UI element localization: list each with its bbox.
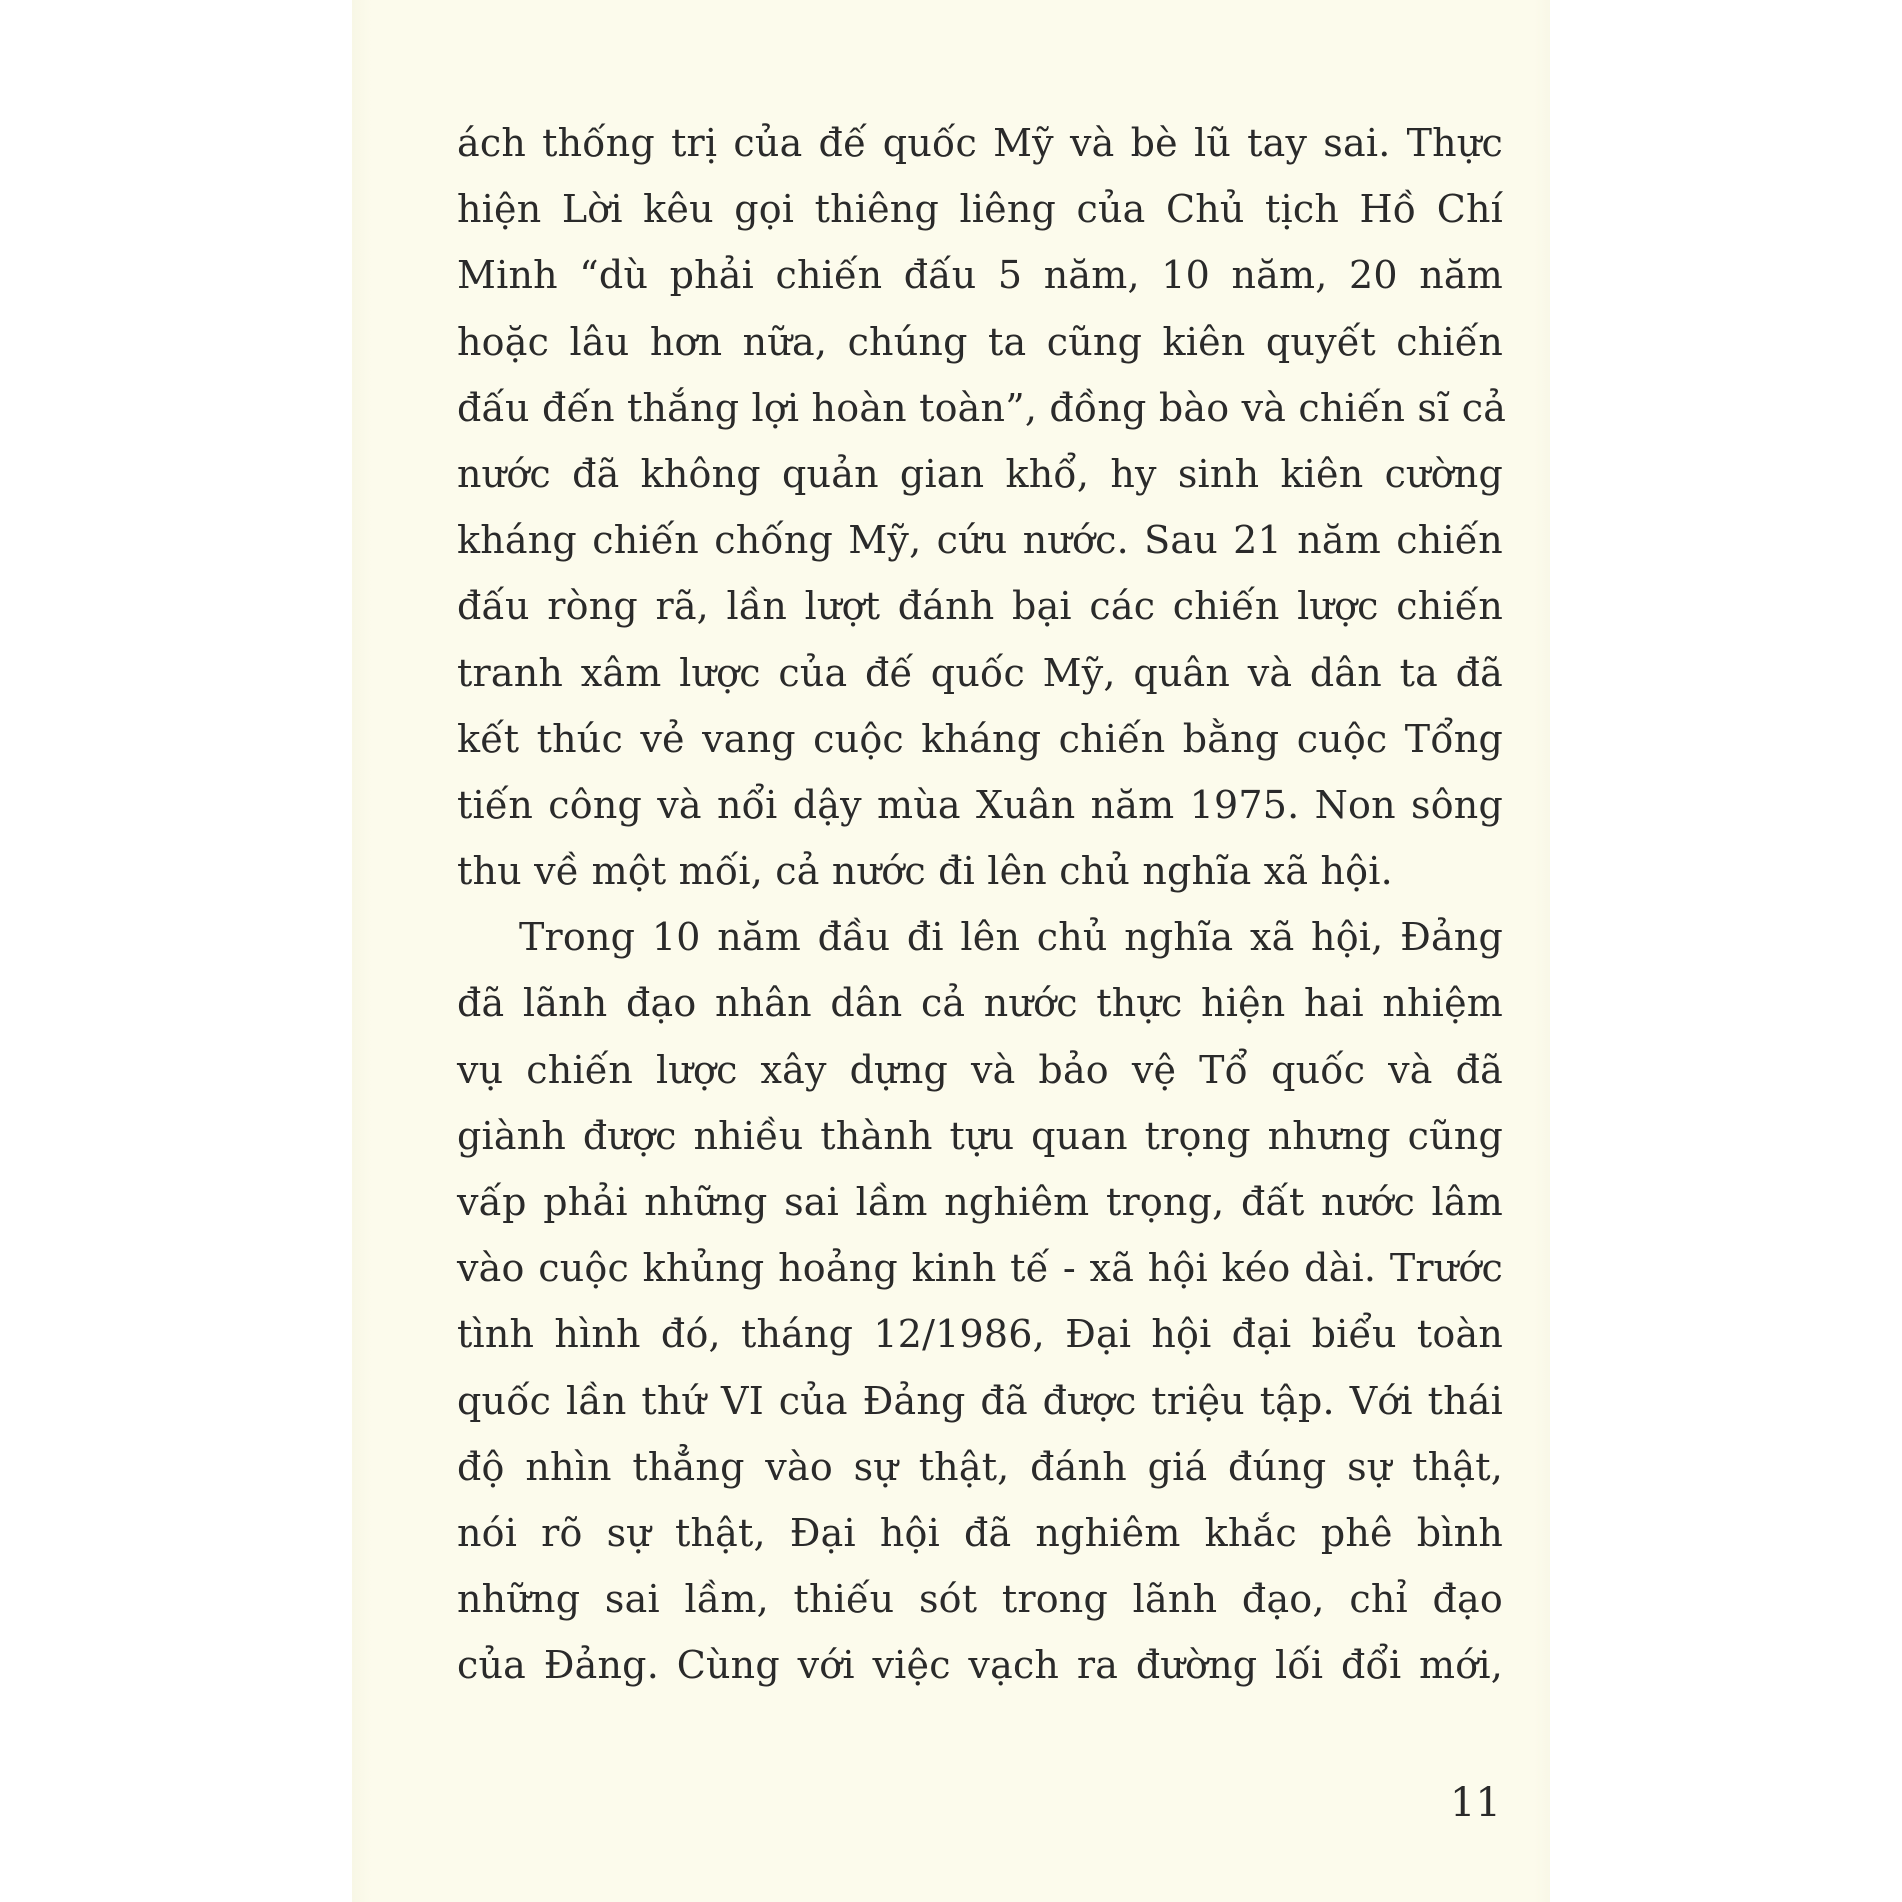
text-line: của Đảng. Cùng với việc vạch ra đường lố… xyxy=(457,1632,1503,1698)
text-line: tranh xâm lược của đế quốc Mỹ, quân và d… xyxy=(457,640,1503,706)
text-line: đấu ròng rã, lần lượt đánh bại các chiến… xyxy=(457,573,1503,639)
text-line: hiện Lời kêu gọi thiêng liêng của Chủ tị… xyxy=(457,176,1503,242)
text-line: tiến công và nổi dậy mùa Xuân năm 1975. … xyxy=(457,772,1503,838)
text-line: vụ chiến lược xây dựng và bảo vệ Tổ quốc… xyxy=(457,1037,1503,1103)
text-line: kháng chiến chống Mỹ, cứu nước. Sau 21 n… xyxy=(457,507,1503,573)
text-line: đấu đến thắng lợi hoàn toàn”, đồng bào v… xyxy=(457,375,1503,441)
text-line: nói rõ sự thật, Đại hội đã nghiêm khắc p… xyxy=(457,1500,1503,1566)
text-line: kết thúc vẻ vang cuộc kháng chiến bằng c… xyxy=(457,706,1503,772)
text-line: Trong 10 năm đầu đi lên chủ nghĩa xã hội… xyxy=(457,904,1503,970)
text-line: ách thống trị của đế quốc Mỹ và bè lũ ta… xyxy=(457,110,1503,176)
book-page: ách thống trị của đế quốc Mỹ và bè lũ ta… xyxy=(352,0,1550,1902)
text-line: đã lãnh đạo nhân dân cả nước thực hiện h… xyxy=(457,970,1503,1036)
page-number: 11 xyxy=(1450,1780,1501,1826)
text-line: độ nhìn thẳng vào sự thật, đánh giá đúng… xyxy=(457,1434,1503,1500)
paragraph-1: ách thống trị của đế quốc Mỹ và bè lũ ta… xyxy=(457,110,1503,904)
text-line: vào cuộc khủng hoảng kinh tế - xã hội ké… xyxy=(457,1235,1503,1301)
text-line: hoặc lâu hơn nữa, chúng ta cũng kiên quy… xyxy=(457,309,1503,375)
text-line: vấp phải những sai lầm nghiêm trọng, đất… xyxy=(457,1169,1503,1235)
text-line: tình hình đó, tháng 12/1986, Đại hội đại… xyxy=(457,1301,1503,1367)
text-line: nước đã không quản gian khổ, hy sinh kiê… xyxy=(457,441,1503,507)
body-text: ách thống trị của đế quốc Mỹ và bè lũ ta… xyxy=(457,110,1503,1699)
text-line: Minh “dù phải chiến đấu 5 năm, 10 năm, 2… xyxy=(457,242,1503,308)
text-line: những sai lầm, thiếu sót trong lãnh đạo,… xyxy=(457,1566,1503,1632)
text-line: giành được nhiều thành tựu quan trọng nh… xyxy=(457,1103,1503,1169)
text-line: quốc lần thứ VI của Đảng đã được triệu t… xyxy=(457,1368,1503,1434)
text-line: thu về một mối, cả nước đi lên chủ nghĩa… xyxy=(457,838,1503,904)
paragraph-2: Trong 10 năm đầu đi lên chủ nghĩa xã hội… xyxy=(457,904,1503,1698)
